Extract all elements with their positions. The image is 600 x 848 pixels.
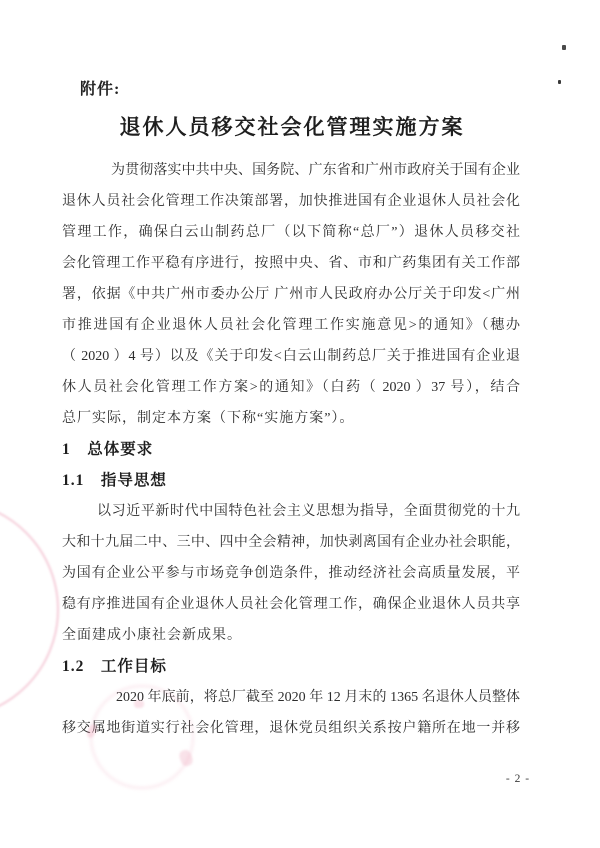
heading-work-goals: 1.2 工作目标: [62, 651, 520, 682]
text-line: 以习近平新时代中国特色社会主义思想为指导，全面贯彻党的十九: [62, 496, 520, 527]
scan-speck: [558, 80, 561, 84]
text-line: 会化管理工作平稳有序进行，按照中央、省、市和广药集团有关工作部: [62, 248, 520, 279]
faint-stamp-arc: [0, 500, 59, 719]
page-number: - 2 -: [496, 773, 540, 785]
text-line: 市推进国有企业退休人员社会化管理工作实施意见>的通知》（穗办: [62, 310, 520, 341]
text-line: 署，依据《中共广州市委办公厅 广州市人民政府办公厅关于印发<广州: [62, 279, 520, 310]
scanned-document-page: 附件: 退休人员移交社会化管理实施方案 为贯彻落实中共中央、国务院、广东省和广州…: [0, 0, 600, 848]
heading-guiding-ideology: 1.1 指导思想: [62, 465, 520, 496]
text-line: 稳有序推进国有企业退休人员社会化管理工作，确保企业退休人员共享: [62, 589, 520, 620]
text-line: 为国有企业公平参与市场竞争创造条件，推动经济社会高质量发展，平: [62, 558, 520, 589]
text-line: 管理工作，确保白云山制药总厂（以下简称“总厂”）退休人员移交社: [62, 217, 520, 248]
stamp-smudge: [134, 700, 144, 708]
document-body: 为贯彻落实中共中央、国务院、广东省和广州市政府关于国有企业退休人员社会化管理工作…: [62, 155, 520, 744]
text-line: 全面建成小康社会新成果。: [62, 620, 520, 651]
paragraph-guiding-ideology: 以习近平新时代中国特色社会主义思想为指导，全面贯彻党的十九大和十九届二中、三中、…: [62, 496, 520, 651]
scan-speck: [562, 45, 566, 50]
text-line: 休人员社会化管理工作方案>的通知》（白药（ 2020 ）37 号），结合: [62, 372, 520, 403]
text-line: 总厂实际，制定本方案（下称“实施方案”）。: [62, 403, 520, 434]
text-line: 大和十九届二中、三中、四中全会精神，加快剥离国有企业办社会职能，: [62, 527, 520, 558]
paragraph-intro: 为贯彻落实中共中央、国务院、广东省和广州市政府关于国有企业退休人员社会化管理工作…: [62, 155, 520, 434]
document-title: 退休人员移交社会化管理实施方案: [62, 111, 520, 143]
text-line: 退休人员社会化管理工作决策部署，加快推进国有企业退休人员社会化: [62, 186, 520, 217]
text-line: （ 2020 ）4 号）以及《关于印发<白云山制药总厂关于推进国有企业退: [62, 341, 520, 372]
text-line: 为贯彻落实中共中央、国务院、广东省和广州市政府关于国有企业: [62, 155, 520, 186]
heading-overall-requirements: 1 总体要求: [62, 434, 520, 465]
attachment-label: 附件:: [80, 76, 120, 99]
